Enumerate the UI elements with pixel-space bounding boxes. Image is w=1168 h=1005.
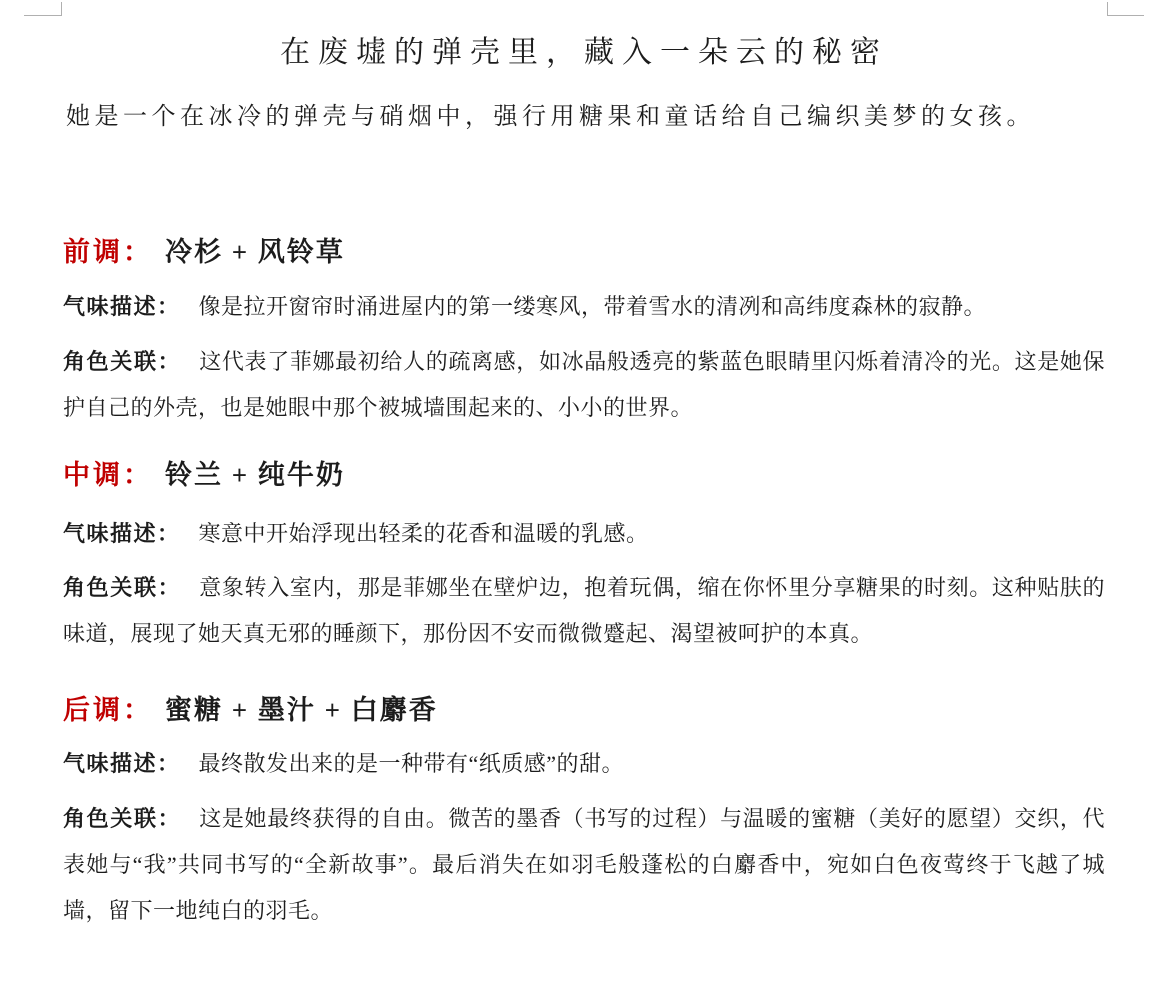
section-heading-middle-notes: 中调：铃兰 + 纯牛奶: [63, 453, 1105, 492]
role-association-label: 角色关联：: [63, 575, 181, 600]
document-title: 在废墟的弹壳里，藏入一朵云的秘密: [0, 27, 1168, 71]
section-label-top: 前调：: [63, 237, 153, 267]
role-association-label: 角色关联：: [63, 349, 181, 374]
role-association-base: 角色关联：这是她最终获得的自由。微苦的墨香（书写的过程）与温暖的蜜糖（美好的愿望…: [63, 796, 1105, 934]
scent-description-text: 寒意中开始浮现出轻柔的花香和温暖的乳感。: [199, 521, 649, 546]
section-label-middle: 中调：: [63, 460, 153, 490]
role-association-top: 角色关联：这代表了菲娜最初给人的疏离感，如冰晶般透亮的紫蓝色眼睛里闪烁着清冷的光…: [63, 339, 1105, 431]
document-page: 在废墟的弹壳里，藏入一朵云的秘密 她是一个在冰冷的弹壳与硝烟中，强行用糖果和童话…: [0, 0, 1168, 1005]
section-notes-base: 蜜糖 + 墨汁 + 白麝香: [165, 695, 438, 725]
intro-paragraph: 她是一个在冰冷的弹壳与硝烟中，强行用糖果和童话给自己编织美梦的女孩。: [66, 96, 1108, 131]
scent-description-top: 气味描述：像是拉开窗帘时涌进屋内的第一缕寒风，带着雪水的清冽和高纬度森林的寂静。: [63, 284, 1105, 330]
role-association-text: 这是她最终获得的自由。微苦的墨香（书写的过程）与温暖的蜜糖（美好的愿望）交织，代…: [63, 806, 1105, 923]
scent-description-text: 最终散发出来的是一种带有“纸质感”的甜。: [199, 751, 625, 776]
section-notes-top: 冷杉 + 风铃草: [165, 237, 345, 267]
page-margin-mark-top-right: [1107, 15, 1144, 16]
scent-description-label: 气味描述：: [63, 751, 181, 776]
role-association-text: 这代表了菲娜最初给人的疏离感，如冰晶般透亮的紫蓝色眼睛里闪烁着清冷的光。这是她保…: [63, 349, 1105, 420]
section-heading-base-notes: 后调：蜜糖 + 墨汁 + 白麝香: [63, 688, 1105, 727]
section-notes-middle: 铃兰 + 纯牛奶: [165, 460, 345, 490]
page-margin-mark-top-left-vertical: [61, 2, 62, 16]
role-association-label: 角色关联：: [63, 806, 181, 831]
scent-description-base: 气味描述：最终散发出来的是一种带有“纸质感”的甜。: [63, 741, 1105, 787]
page-margin-mark-top-left: [24, 15, 61, 16]
role-association-middle: 角色关联：意象转入室内，那是菲娜坐在壁炉边，抱着玩偶，缩在你怀里分享糖果的时刻。…: [63, 565, 1105, 657]
scent-description-label: 气味描述：: [63, 521, 181, 546]
page-margin-mark-top-right-vertical: [1107, 2, 1108, 16]
scent-description-text: 像是拉开窗帘时涌进屋内的第一缕寒风，带着雪水的清冽和高纬度森林的寂静。: [199, 294, 987, 319]
section-label-base: 后调：: [63, 695, 153, 725]
scent-description-label: 气味描述：: [63, 294, 181, 319]
section-heading-top-notes: 前调：冷杉 + 风铃草: [63, 230, 1105, 269]
scent-description-middle: 气味描述：寒意中开始浮现出轻柔的花香和温暖的乳感。: [63, 511, 1105, 557]
role-association-text: 意象转入室内，那是菲娜坐在壁炉边，抱着玩偶，缩在你怀里分享糖果的时刻。这种贴肤的…: [63, 575, 1105, 646]
